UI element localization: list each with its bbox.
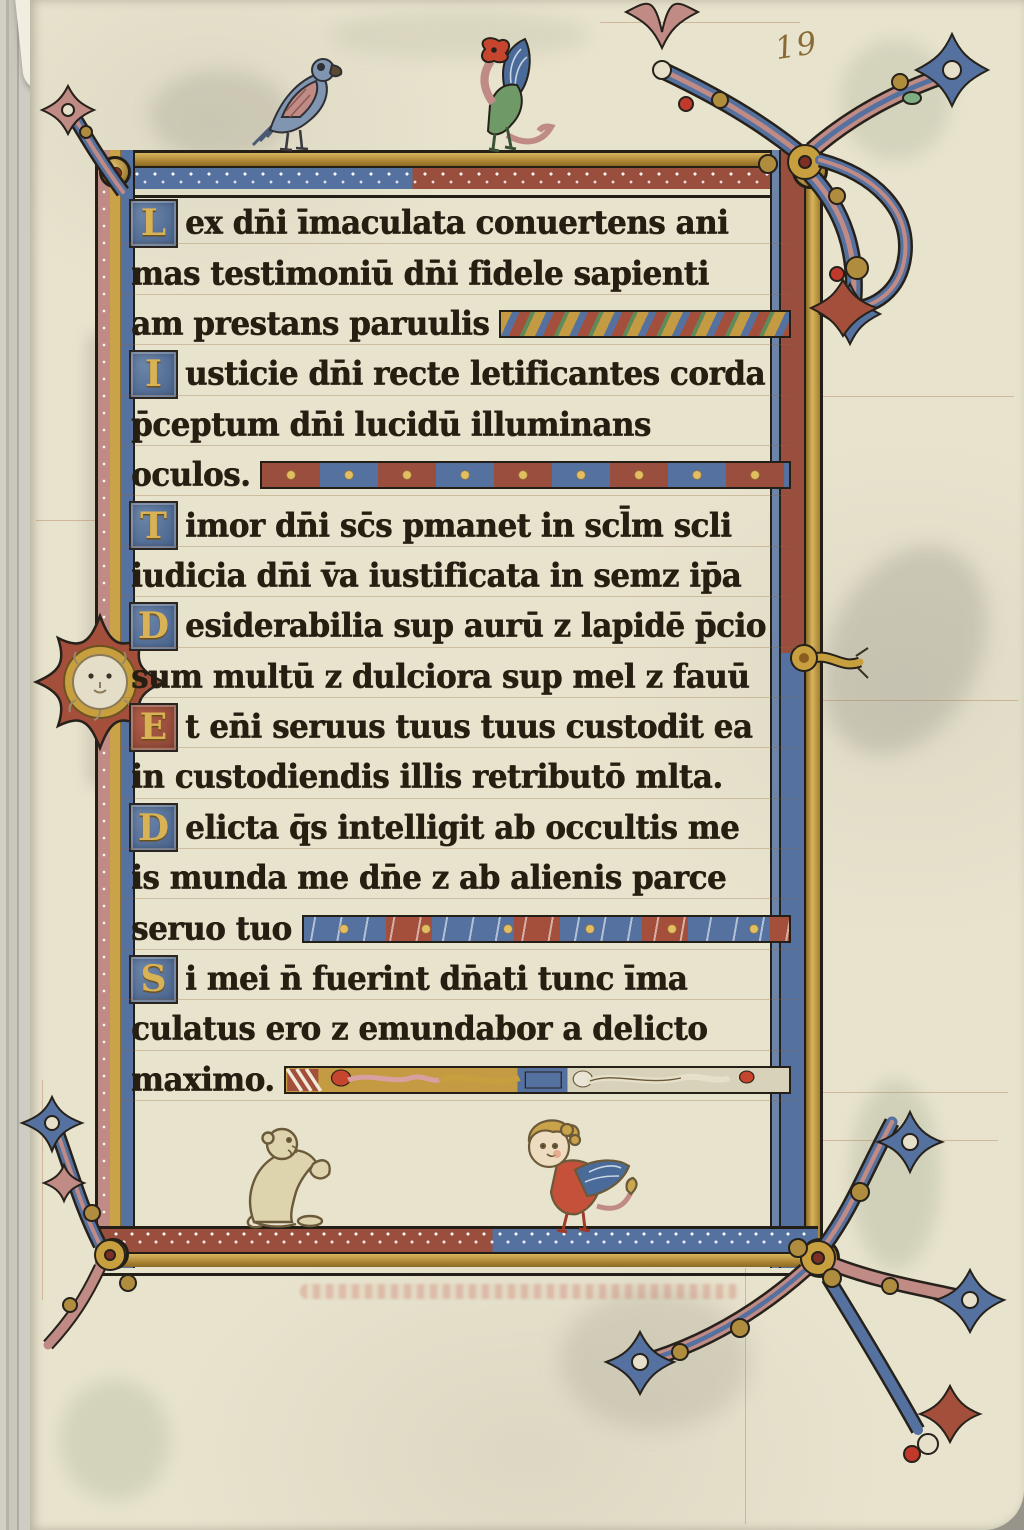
text-line: Delicta q̄s intelligit ab occultis me [131,803,791,853]
top-left-thorn-ornament [28,80,138,200]
folio-number: 19 [772,25,821,67]
text-line: Timor dn̄i sc̄s pmanet in scl̄m scli [131,500,791,550]
text-block: Lex dn̄i īmaculata conuertens animas tes… [131,198,791,1105]
verse-text: esiderabilia sup aurū z lapidē p̄cio [185,607,766,645]
verse-initial: D [129,602,178,651]
line-filler-scroll [302,915,791,943]
text-line: mas testimoniū dn̄i fidele sapienti [131,248,791,298]
verse-text: is munda me dn̄e z ab alienis parce [131,859,726,897]
line-filler-flower [260,461,791,489]
verse-text: usticie dn̄i recte letificantes corda [185,355,765,393]
verse-text: p̄ceptum dn̄i lucidū illuminans [131,406,651,444]
text-line: Et en̄i seruus tuus tuus custodit ea [131,702,791,752]
text-line: in custodiendis illis retributō mlta. [131,752,791,802]
text-line: Desiderabilia sup aurū z lapidē p̄cio [131,601,791,651]
text-line: p̄ceptum dn̄i lucidū illuminans [131,400,791,450]
verse-initial: T [129,501,178,550]
verse-text: oculos. [131,456,250,494]
verse-text: imor dn̄i sc̄s pmanet in scl̄m scli [185,506,731,544]
manuscript-photo: { "page": { "folio_number": "19" }, "col… [0,0,1024,1530]
text-line: am prestans paruulis [131,299,791,349]
verse-text: mas testimoniū dn̄i fidele sapienti [131,254,709,292]
red-offset-text-smudge [300,1284,740,1299]
verse-text: sum multū z dulciora sup mel z fauū [131,658,749,696]
verse-initial: E [129,703,178,752]
right-margin-s-ornament [815,150,965,340]
winged-wyvern [445,35,557,155]
text-line: culatus ero z emundabor a delicto [131,1004,791,1054]
line-filler-beast [284,1066,791,1094]
text-line: seruo tuo [131,903,791,953]
verse-initial: L [129,199,178,248]
verse-initial: S [129,955,178,1004]
verse-initial: I [129,350,178,399]
verse-text: ex dn̄i īmaculata conuertens ani [185,204,728,242]
verse-text: t en̄i seruus tuus tuus custodit ea [185,708,752,746]
text-line: Lex dn̄i īmaculata conuertens ani [131,198,791,248]
verse-text: elicta q̄s intelligit ab occultis me [185,809,739,847]
verse-initial: D [129,803,178,852]
praying-monkey [218,1118,368,1234]
verse-text: iudicia dn̄i v̄a iustificata in semz ip̄… [131,557,741,595]
line-filler-leaf [499,310,791,338]
human-headed-bird [505,1114,663,1236]
text-line: maximo. [131,1055,791,1105]
text-line: iudicia dn̄i v̄a iustificata in semz ip̄… [131,551,791,601]
text-line: is munda me dn̄e z ab alienis parce [131,853,791,903]
verse-text: maximo. [131,1061,274,1099]
right-border-gold-knot [788,612,873,702]
text-line: Si mei n̄ fuerint dn̄ati tunc īma [131,954,791,1004]
verse-text: seruo tuo [131,910,292,948]
verse-text: i mei n̄ fuerint dn̄ati tunc īma [185,960,687,998]
text-line: oculos. [131,450,791,500]
verse-text: culatus ero z emundabor a delicto [131,1010,707,1048]
text-line: sum multū z dulciora sup mel z fauū [131,652,791,702]
perched-bird [240,45,355,155]
beast-line-filler-art [286,1068,789,1092]
verse-text: in custodiendis illis retributō mlta. [131,758,723,796]
verse-text: am prestans paruulis [131,305,489,343]
text-line: Iusticie dn̄i recte letificantes corda [131,349,791,399]
